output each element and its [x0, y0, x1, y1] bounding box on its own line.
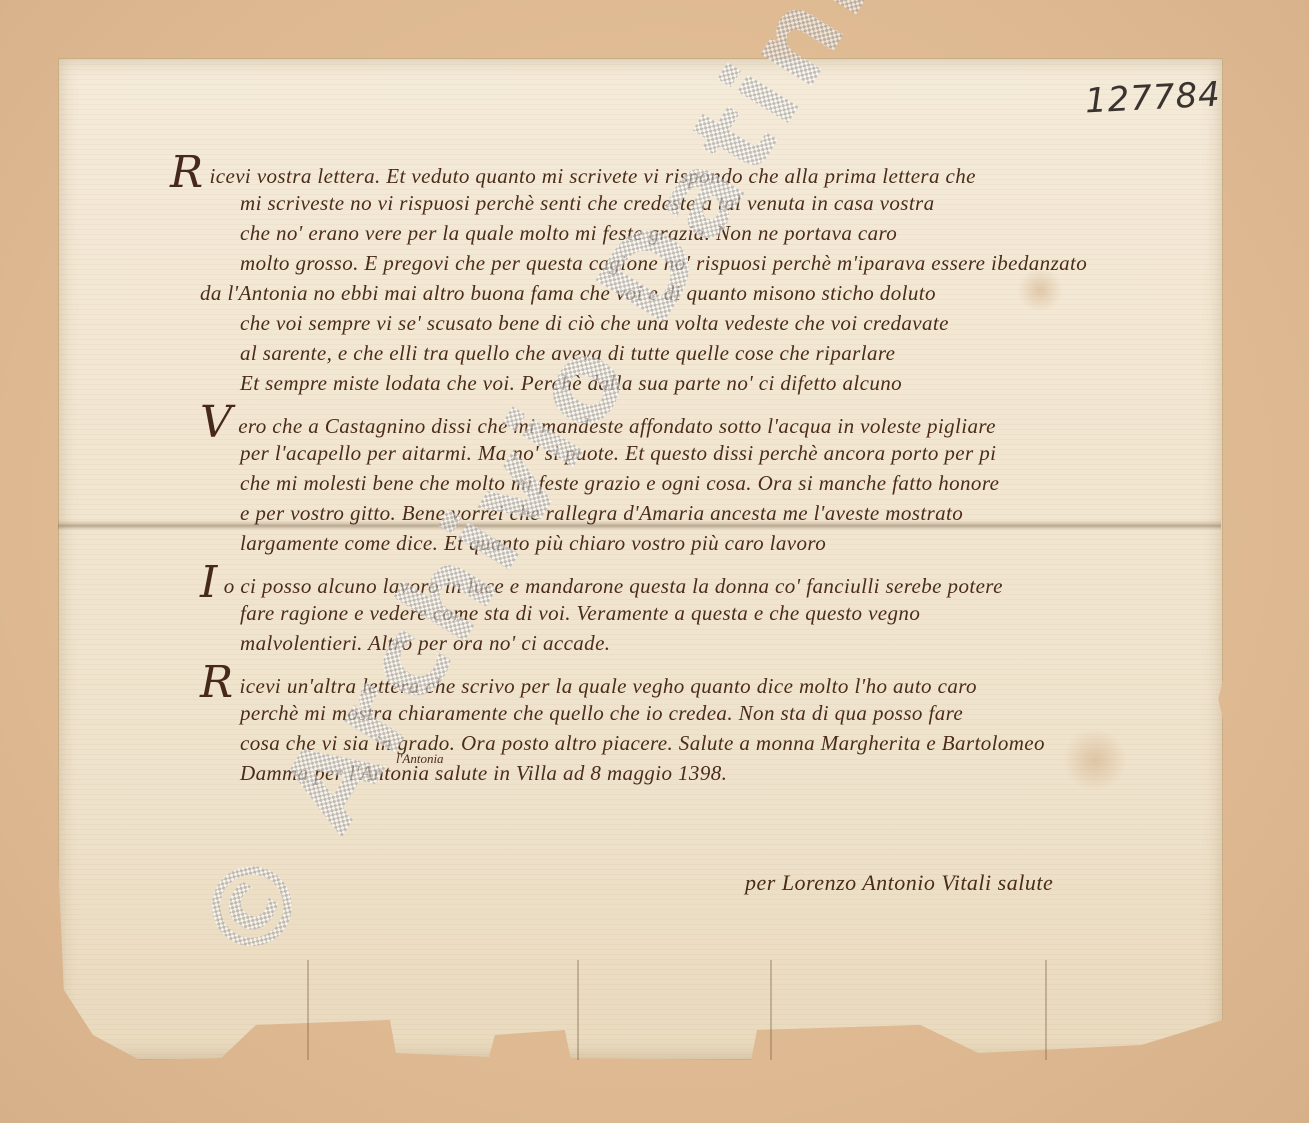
signature: per Lorenzo Antonio Vitali salute — [745, 870, 1053, 896]
letter-line: largamente come dice. Et quanto più chia… — [170, 528, 1170, 558]
bottom-tear — [307, 960, 309, 1060]
letter-line: e per vostro gitto. Bene vorrei che rall… — [170, 498, 1170, 528]
letter-line: per l'acapello per aitarmi. Ma no' si pu… — [170, 438, 1170, 468]
letter-line: che mi molesti bene che molto mi feste g… — [170, 468, 1170, 498]
letter-line: malvolentieri. Altro per ora no' ci acca… — [170, 628, 1170, 658]
bottom-tear — [577, 960, 579, 1060]
bottom-tear — [770, 960, 772, 1060]
letter-line: Vero che a Castagnino dissi che mi mande… — [170, 408, 1170, 438]
bottom-tear — [1045, 960, 1047, 1060]
letter-line: Et sempre miste lodata che voi. Perchè d… — [170, 368, 1170, 398]
letter-line: fare ragione e vedere come sta di voi. V… — [170, 598, 1170, 628]
letter-line: Io ci posso alcuno lavoro in luce e mand… — [170, 568, 1170, 598]
archive-number: 127784 — [1084, 74, 1222, 121]
